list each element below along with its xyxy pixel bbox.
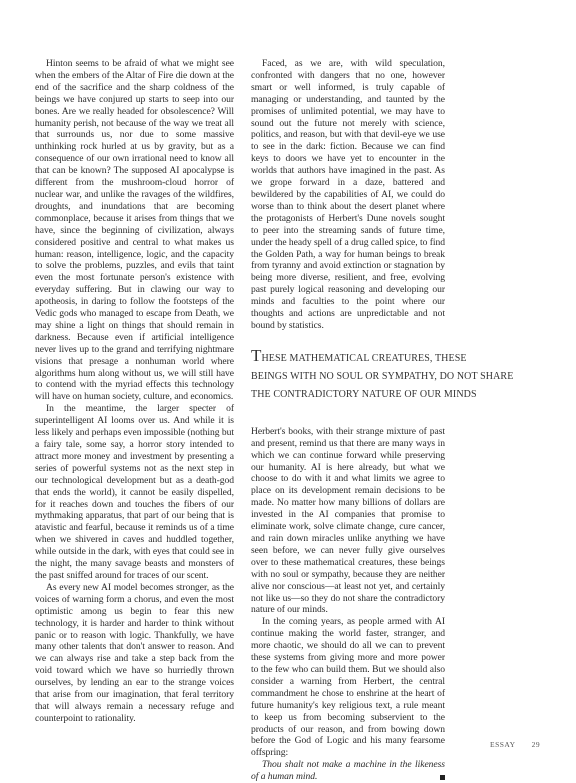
paragraph: As every new AI model becomes stronger, … — [35, 582, 234, 725]
closing-quote: Thou shalt not make a machine in the lik… — [251, 759, 445, 783]
page-number: 29 — [532, 740, 541, 749]
paragraph: Hinton seems to be afraid of what we mig… — [35, 58, 234, 403]
paragraph: In the coming years, as people armed wit… — [251, 616, 445, 759]
pull-quote: These mathematical creatures, these bein… — [251, 347, 445, 404]
pull-quote-line-1: These mathematical creatures, these — [251, 347, 445, 368]
pull-quote-line-2: beings with no soul or sympathy, do not … — [251, 368, 445, 386]
section-label: ESSAY — [490, 740, 516, 749]
paragraph: Faced, as we are, with wild speculation,… — [251, 58, 445, 332]
paragraph: In the meantime, the larger specter of s… — [35, 403, 234, 582]
page-footer: ESSAY29 — [490, 740, 540, 749]
paragraph: Herbert's books, with their strange mixt… — [251, 426, 445, 617]
end-mark-icon — [440, 775, 445, 780]
right-column: Faced, as we are, with wild speculation,… — [251, 58, 445, 783]
pull-quote-drop-letter: T — [251, 346, 261, 365]
left-column: Hinton seems to be afraid of what we mig… — [35, 58, 234, 725]
pull-quote-line-3: the contradictory nature of our minds — [251, 386, 445, 404]
